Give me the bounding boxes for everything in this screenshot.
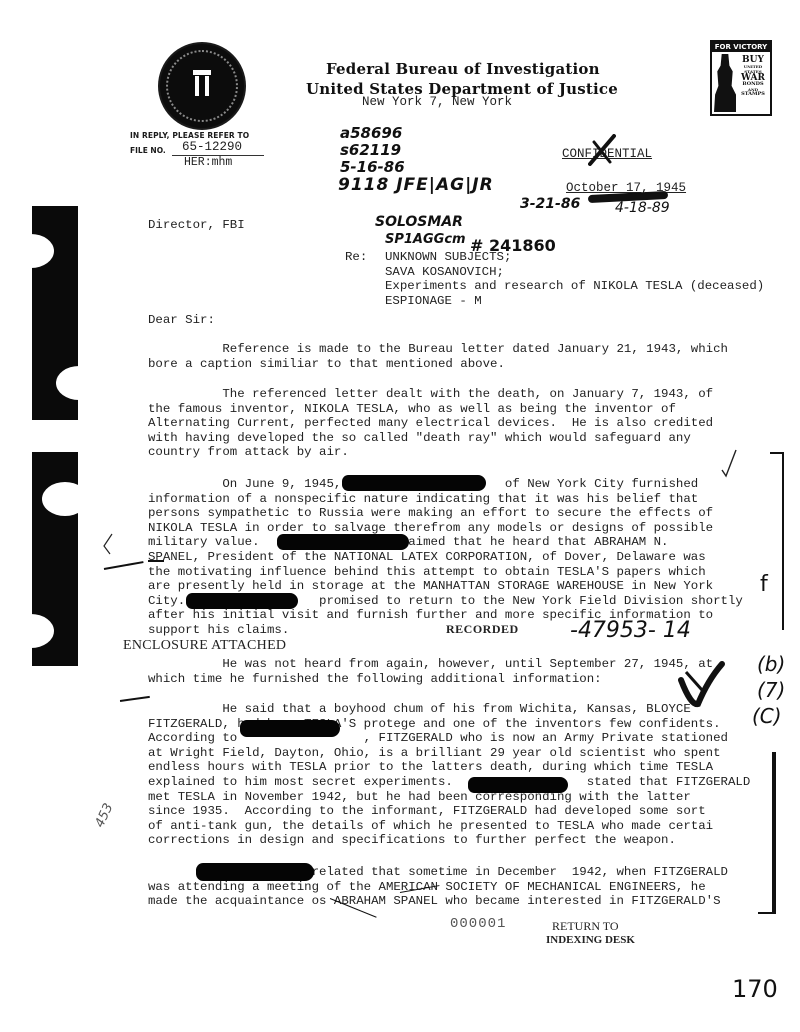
- body-line: corrections in design and specifications…: [148, 833, 750, 848]
- body-line: endless hours with TESLA prior to the la…: [148, 760, 750, 775]
- letterhead-city: New York 7, New York: [362, 95, 512, 110]
- body-line: at Wright Field, Dayton, Ohio, is a bril…: [148, 746, 750, 761]
- page-number: 170: [732, 975, 778, 1003]
- redaction-bar: [186, 593, 298, 609]
- checkmark-icon: [720, 448, 738, 478]
- subject-line: UNKNOWN SUBJECTS;: [385, 250, 764, 265]
- body-line: persons sympathetic to Russia were makin…: [148, 506, 743, 521]
- paragraph-1: Reference is made to the Bureau letter d…: [148, 342, 728, 371]
- redaction-bar: [342, 475, 486, 491]
- paragraph-4: He was not heard from again, however, un…: [148, 657, 713, 686]
- exemption-code: (C): [752, 704, 782, 728]
- body-line: Reference is made to the Bureau letter d…: [148, 342, 728, 357]
- paragraph-5: He said that a boyhood chum of his from …: [148, 702, 750, 848]
- strikeout-mark-icon: [588, 134, 616, 166]
- punch-hole: [8, 614, 54, 648]
- paragraph-2: The referenced letter dealt with the dea…: [148, 387, 713, 460]
- margin-scribble: f: [760, 572, 768, 597]
- body-line: country from attack by air.: [148, 445, 713, 460]
- enclosure-attached-stamp: ENCLOSURE ATTACHED: [123, 638, 286, 654]
- file-number-label: FILE NO.: [130, 146, 166, 155]
- subject-block: UNKNOWN SUBJECTS; SAVA KOSANOVICH; Exper…: [385, 250, 764, 308]
- subject-line: Experiments and research of NIKOLA TESLA…: [385, 279, 764, 294]
- body-line: the motivating influence behind this att…: [148, 565, 743, 580]
- subject-line: ESPIONAGE - M: [385, 294, 764, 309]
- body-line: are presently held in storage at the MAN…: [148, 579, 743, 594]
- redaction-bar: [468, 777, 568, 793]
- margin-tick-icon: [100, 532, 114, 556]
- body-line: FITZGERALD, had been TESLA'S protege and…: [148, 717, 750, 732]
- letterhead-bureau: Federal Bureau of Investigation: [326, 60, 600, 78]
- margin-strike: [104, 561, 144, 570]
- handwritten-annotation: 3-21-86: [520, 196, 580, 212]
- body-line: He was not heard from again, however, un…: [148, 657, 713, 672]
- binder-strip-lower: [32, 452, 78, 666]
- body-line: made the acquaintance os ABRAHAM SPANEL …: [148, 894, 728, 909]
- typist-initials: HER:mhm: [184, 156, 232, 171]
- margin-strike: [120, 696, 150, 702]
- body-line: bore a caption similiar to that mentione…: [148, 357, 728, 372]
- subject-label: Re:: [345, 250, 367, 265]
- fbi-seal-icon: [160, 44, 244, 128]
- file-serial-handwritten: -47953- 14: [570, 618, 691, 643]
- redaction-bar: [196, 863, 314, 881]
- file-number: 65-12290: [172, 140, 264, 156]
- body-line: military value. claimed that he heard th…: [148, 535, 743, 550]
- body-line: The referenced letter dealt with the dea…: [148, 387, 713, 402]
- war-bonds-stamp: FOR VICTORY BUY UNITED STATES WAR BONDS …: [710, 40, 772, 116]
- exemption-code: (b): [757, 652, 785, 676]
- redaction-bar: [277, 534, 409, 550]
- punch-hole: [8, 234, 54, 268]
- handwritten-annotation: 4-18-89: [615, 200, 670, 216]
- margin-scrawl: 453: [92, 801, 116, 830]
- body-line: NIKOLA TESLA in order to salvage therefr…: [148, 521, 743, 536]
- body-line: which time he furnished the following ad…: [148, 672, 713, 687]
- stamp-header: FOR VICTORY: [712, 42, 770, 52]
- salutation: Dear Sir:: [148, 313, 215, 328]
- body-line: explained to him most secret experiments…: [148, 775, 750, 790]
- indexing-desk-stamp: INDEXING DESK: [546, 934, 635, 946]
- document-number: 000001: [450, 917, 506, 932]
- body-line: Alternating Current, perfected many elec…: [148, 416, 713, 431]
- punch-hole: [42, 482, 88, 516]
- punch-hole: [56, 366, 102, 400]
- body-line: met TESLA in November 1942, but he had b…: [148, 790, 750, 805]
- paragraph-3: On June 9, 1945, of New York City furnis…: [148, 477, 743, 638]
- subject-line: SAVA KOSANOVICH;: [385, 265, 764, 280]
- margin-bracket: [758, 752, 776, 914]
- handwritten-annotation: SP1AGGcm: [385, 232, 466, 247]
- exemption-code: (7): [757, 678, 785, 702]
- underline-mark: [148, 560, 164, 562]
- handwritten-annotation: a58696: [340, 124, 402, 142]
- body-line: He said that a boyhood chum of his from …: [148, 702, 750, 717]
- body-line: since 1935. According to the informant, …: [148, 804, 750, 819]
- margin-bracket: [770, 452, 784, 630]
- body-line: SPANEL, President of the NATIONAL LATEX …: [148, 550, 743, 565]
- body-line: was attending a meeting of the AMERICAN …: [148, 880, 728, 895]
- handwritten-annotation: 9118 JFE|AG|JR: [338, 175, 494, 195]
- addressee: Director, FBI: [148, 218, 245, 233]
- return-to-stamp: RETURN TO: [552, 919, 619, 934]
- reply-reference-label: IN REPLY, PLEASE REFER TO: [130, 131, 249, 140]
- stamp-stamps: STAMPS: [738, 92, 768, 97]
- recorded-stamp: RECORDED: [446, 622, 519, 637]
- body-line: According to , FITZGERALD who is now an …: [148, 731, 750, 746]
- body-line: information of a nonspecific nature indi…: [148, 492, 743, 507]
- initials-scribble-icon: [676, 660, 726, 710]
- body-line: with having developed the so called "dea…: [148, 431, 713, 446]
- handwritten-annotation: s62119: [340, 141, 401, 159]
- minuteman-figure-icon: [714, 54, 736, 112]
- stamp-buy: BUY: [738, 56, 768, 64]
- handwritten-annotation: 5-16-86: [340, 158, 405, 176]
- handwritten-annotation: SOLOSMAR: [375, 214, 463, 230]
- body-line: of anti-tank gun, the details of which h…: [148, 819, 750, 834]
- binder-strip-upper: [32, 206, 78, 420]
- body-line: the famous inventor, NIKOLA TESLA, who a…: [148, 402, 713, 417]
- redaction-bar: [240, 720, 340, 737]
